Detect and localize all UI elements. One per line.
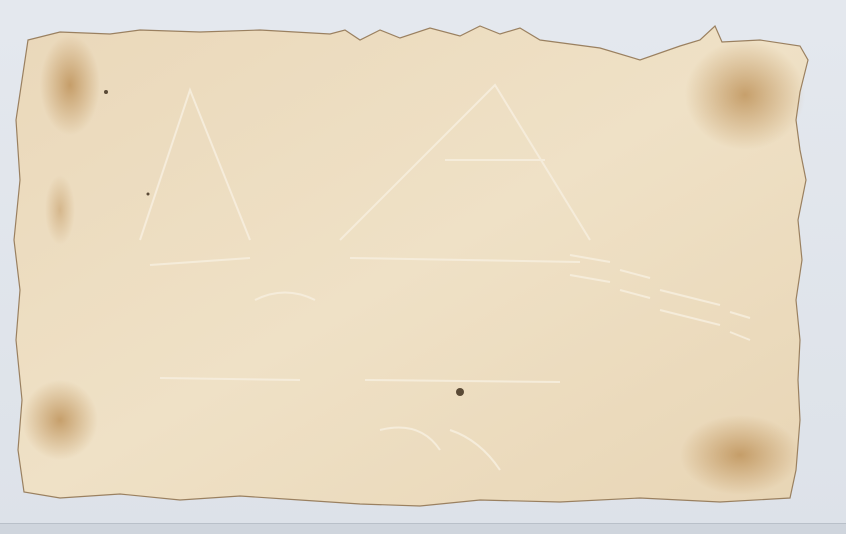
card-illustration <box>0 0 846 534</box>
